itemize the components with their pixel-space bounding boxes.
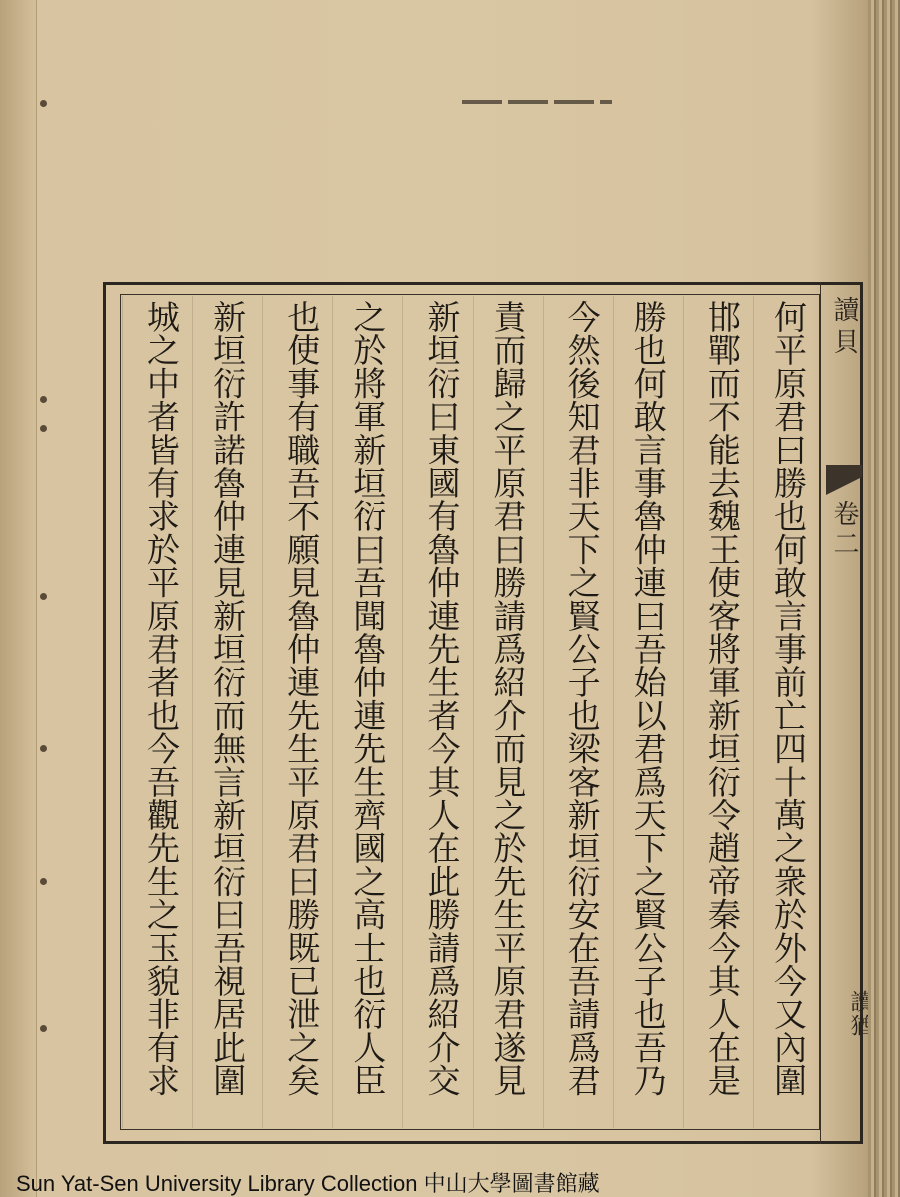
column-text: 也使事有職吾不願見魯仲連先生平原君曰勝既已泄之矣 <box>269 300 333 1130</box>
ink-smudge-mark <box>462 100 612 104</box>
text-body: 何平原君曰勝也何敢言事前亡四十萬之衆於外今又內圍 邯鄲而不能去魏王使客將軍新垣衍… <box>122 296 818 1128</box>
text-column: 之於將軍新垣衍曰吾聞魯仲連先生齊國之高士也衍人臣 <box>332 296 397 1128</box>
text-column: 邯鄲而不能去魏王使客將軍新垣衍令趙帝秦今其人在是 <box>683 296 748 1128</box>
binding-hole <box>40 100 47 107</box>
text-column: 城之中者皆有求於平原君者也今吾觀先生之玉貌非有求 <box>122 296 187 1128</box>
binding-hole <box>40 745 47 752</box>
column-text: 勝也何敢言事魯仲連曰吾始以君爲天下之賢公子也吾乃 <box>616 300 680 1130</box>
text-column: 今然後知君非天下之賢公子也梁客新垣衍安在吾請爲君 <box>543 296 608 1128</box>
column-text: 何平原君曰勝也何敢言事前亡四十萬之衆於外今又內圍 <box>756 300 820 1130</box>
text-column: 新垣衍許諾魯仲連見新垣衍而無言新垣衍曰吾視居此圍 <box>192 296 257 1128</box>
text-column: 勝也何敢言事魯仲連曰吾始以君爲天下之賢公子也吾乃 <box>613 296 678 1128</box>
column-text: 今然後知君非天下之賢公子也梁客新垣衍安在吾請爲君 <box>550 300 614 1130</box>
column-text: 新垣衍許諾魯仲連見新垣衍而無言新垣衍曰吾視居此圍 <box>195 300 259 1130</box>
column-text: 邯鄲而不能去魏王使客將軍新垣衍令趙帝秦今其人在是 <box>690 300 754 1130</box>
binding-hole <box>40 878 47 885</box>
column-text: 城之中者皆有求於平原君者也今吾觀先生之玉貌非有求 <box>129 300 193 1130</box>
text-column: 也使事有職吾不願見魯仲連先生平原君曰勝既已泄之矣 <box>262 296 327 1128</box>
column-text: 新垣衍曰東國有魯仲連先生者今其人在此勝請爲紹介交 <box>409 300 473 1130</box>
margin-book-title: 讀貝 <box>833 296 863 360</box>
text-column: 何平原君曰勝也何敢言事前亡四十萬之衆於外今又內圍 <box>753 296 818 1128</box>
binding-hole <box>40 396 47 403</box>
library-collection-caption: Sun Yat-Sen University Library Collectio… <box>16 1172 600 1196</box>
margin-volume-label: 卷二 <box>833 500 863 560</box>
binding-hole <box>40 1025 47 1032</box>
column-text: 責而歸之平原君曰勝請爲紹介而見之於先生平原君遂見 <box>476 300 540 1130</box>
binding-hole <box>40 425 47 432</box>
text-column: 責而歸之平原君曰勝請爲紹介而見之於先生平原君遂見 <box>473 296 538 1128</box>
text-column: 新垣衍曰東國有魯仲連先生者今其人在此勝請爲紹介交 <box>402 296 467 1128</box>
page-left-edge <box>0 0 37 1197</box>
book-spine-edge <box>868 0 900 1197</box>
column-text: 之於將軍新垣衍曰吾聞魯仲連先生齊國之高士也衍人臣 <box>335 300 399 1130</box>
binding-hole <box>40 593 47 600</box>
